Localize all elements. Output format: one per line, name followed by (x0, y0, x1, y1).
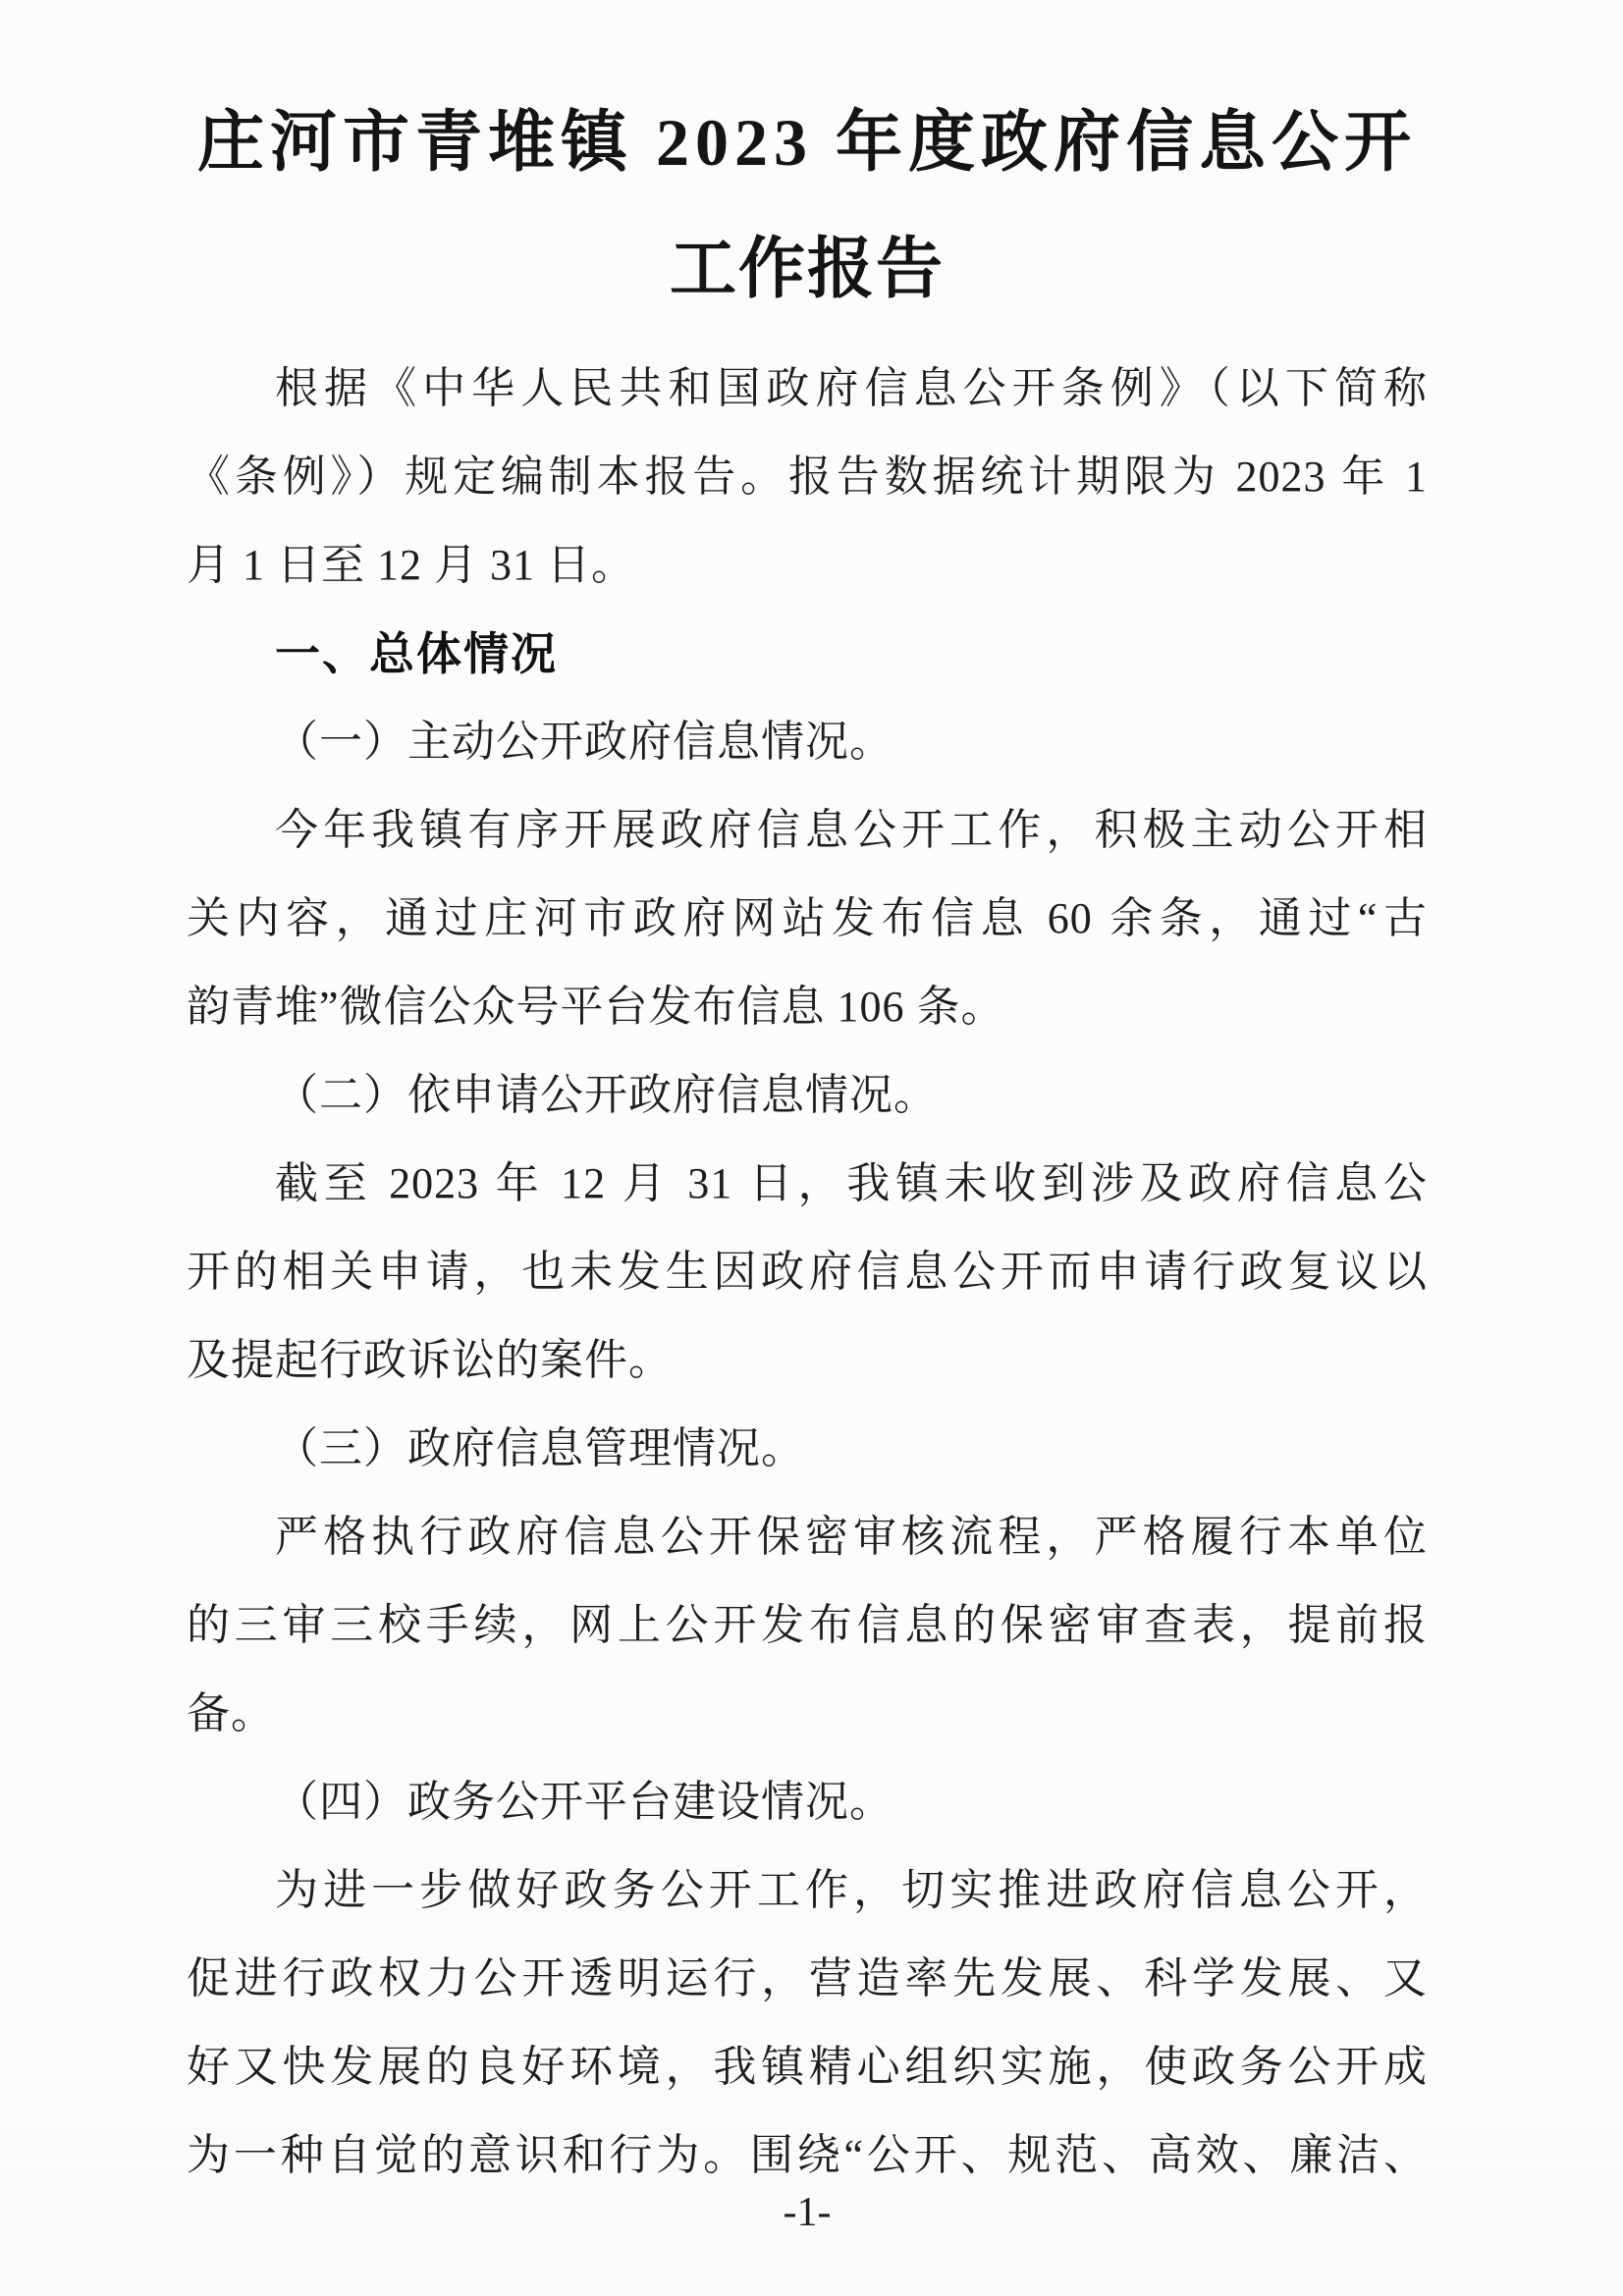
body-line: 及提起行政诉讼的案件。 (187, 1316, 1428, 1405)
document-body: 根据《中华人民共和国政府信息公开条例》（以下简称 《条例》）规定编制本报告。报告… (187, 345, 1428, 2200)
subsection-heading-platform-construction: （四）政务公开平台建设情况。 (187, 1758, 1428, 1846)
page-number: -1- (187, 2185, 1428, 2240)
body-line: 截至 2023 年 12 月 31 日，我镇未收到涉及政府信息公 (187, 1140, 1428, 1228)
body-line: 根据《中华人民共和国政府信息公开条例》（以下简称 (187, 345, 1428, 433)
body-line: 严格执行政府信息公开保密审核流程，严格履行本单位 (187, 1493, 1428, 1581)
body-line: 今年我镇有序开展政府信息公开工作，积极主动公开相 (187, 786, 1428, 875)
body-line: 为进一步做好政务公开工作，切实推进政府信息公开， (187, 1846, 1428, 1935)
document-content: 庄河市青堆镇 2023 年度政府信息公开 工作报告 根据《中华人民共和国政府信息… (187, 0, 1428, 2200)
body-line: 备。 (187, 1670, 1428, 1758)
document-title-line-2: 工作报告 (187, 233, 1428, 305)
document-title-line-1: 庄河市青堆镇 2023 年度政府信息公开 (187, 106, 1428, 179)
subsection-heading-proactive-disclosure: （一）主动公开政府信息情况。 (187, 698, 1428, 786)
subsection-heading-information-management: （三）政府信息管理情况。 (187, 1405, 1428, 1493)
body-line: 好又快发展的良好环境，我镇精心组织实施，使政务公开成 (187, 2023, 1428, 2111)
subsection-heading-disclosure-upon-request: （二）依申请公开政府信息情况。 (187, 1051, 1428, 1140)
scanned-document-page: 庄河市青堆镇 2023 年度政府信息公开 工作报告 根据《中华人民共和国政府信息… (0, 0, 1623, 2296)
section-heading-overall-situation: 一、总体情况 (187, 610, 1428, 698)
body-line: 促进行政权力公开透明运行，营造率先发展、科学发展、又 (187, 1935, 1428, 2023)
body-line: 《条例》）规定编制本报告。报告数据统计期限为 2023 年 1 (187, 433, 1428, 521)
body-line: 韵青堆”微信公众号平台发布信息 106 条。 (187, 963, 1428, 1051)
body-line: 的三审三校手续，网上公开发布信息的保密审查表，提前报 (187, 1581, 1428, 1670)
body-line: 开的相关申请，也未发生因政府信息公开而申请行政复议以 (187, 1228, 1428, 1316)
body-line: 月 1 日至 12 月 31 日。 (187, 521, 1428, 610)
body-line: 关内容，通过庄河市政府网站发布信息 60 余条，通过“古 (187, 875, 1428, 963)
